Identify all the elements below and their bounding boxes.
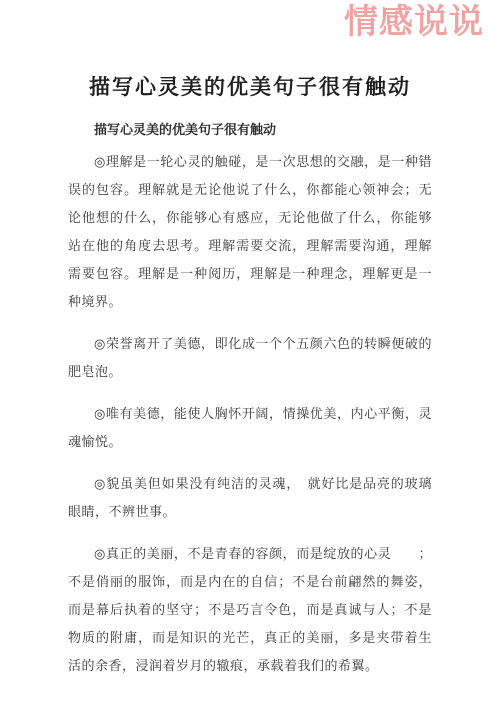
paragraph-true-beauty: ◎真正的美丽，不是青春的容颜，而是绽放的心灵 ；不是俏丽的服饰，而是内在的自信；…	[68, 540, 432, 680]
document-page: 情感说说 描写心灵美的优美句子很有触动 描写心灵美的优美句子很有触动 ◎理解是一…	[0, 0, 500, 708]
document-subtitle: 描写心灵美的优美句子很有触动	[68, 122, 432, 138]
paragraph-honor: ◎荣誉离开了美德，即化成一个个五颜六色的转瞬便破的肥皂泡。	[68, 330, 432, 386]
document-content: 描写心灵美的优美句子很有触动 描写心灵美的优美句子很有触动 ◎理解是一轮心灵的触…	[0, 0, 500, 680]
page-title: 描写心灵美的优美句子很有触动	[68, 74, 432, 100]
paragraph-pure-soul: ◎貌虽美但如果没有纯洁的灵魂， 就好比是品亮的玻璃眼睛，不辨世事。	[68, 470, 432, 526]
paragraph-virtue: ◎唯有美德，能使人胸怀开阔，情操优美，内心平衡，灵魂愉悦。	[68, 400, 432, 456]
site-logo-watermark: 情感说说	[344, 3, 484, 41]
paragraph-understanding: ◎理解是一轮心灵的触碰，是一次思想的交融，是一种错误的包容。理解就是无论他说了什…	[68, 148, 432, 316]
